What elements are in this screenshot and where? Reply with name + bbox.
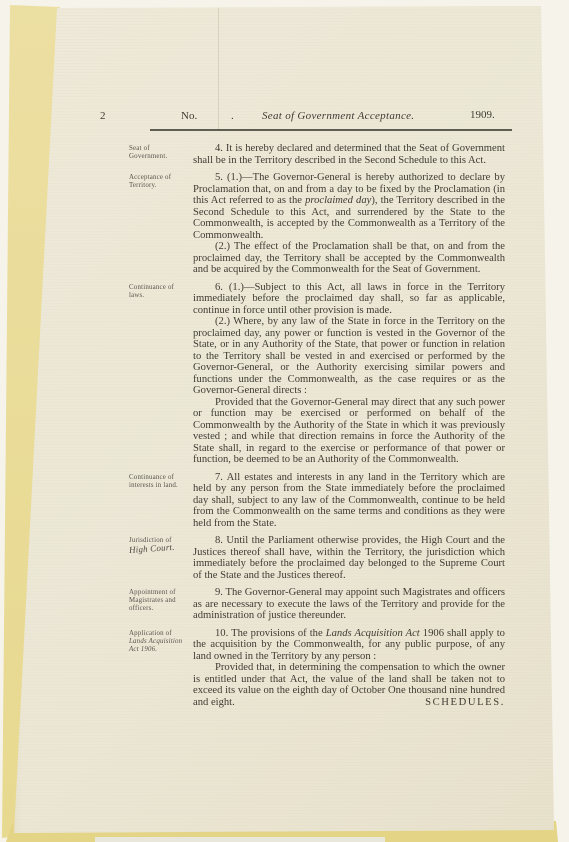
paragraph: 8. Until the Parliament otherwise provid… bbox=[193, 535, 505, 581]
text-run: 9. The Governor-General may appoint such… bbox=[193, 587, 505, 621]
paragraph: 9. The Governor-General may appoint such… bbox=[193, 587, 505, 622]
text-run: Appointment of Magistrates and officers. bbox=[129, 589, 176, 612]
margin-note: Seat of Government. bbox=[129, 145, 186, 161]
section-9: Appointment of Magistrates and officers.… bbox=[193, 587, 505, 622]
text-run: 10. The provisions of the bbox=[215, 628, 326, 639]
paragraph: (2.) The effect of the Proclamation shal… bbox=[193, 241, 505, 276]
text-column: Seat of Government.4. It is hereby decla… bbox=[193, 143, 505, 708]
text-run: 7. All estates and interests in any land… bbox=[193, 472, 505, 529]
text-run: 6. (1.)—Subject to this Act, all laws in… bbox=[193, 282, 505, 316]
paragraph: (2.) Where, by any law of the State in f… bbox=[193, 316, 505, 397]
section-10: Application of Lands Acquisition Act 190… bbox=[193, 628, 505, 709]
section-5: Acceptance of Territory.5. (1.)—The Gove… bbox=[193, 172, 505, 276]
text-run: Lands Acquisition Act 1906. bbox=[129, 638, 182, 653]
text-run: Continuance of interests in land. bbox=[129, 474, 178, 489]
section-4: Seat of Government.4. It is hereby decla… bbox=[193, 143, 505, 166]
scanner-bed-strip bbox=[95, 837, 385, 842]
text-run: Seat of Government. bbox=[129, 145, 167, 160]
margin-note: Continuance of interests in land. bbox=[129, 474, 186, 490]
paragraph: 7. All estates and interests in any land… bbox=[193, 472, 505, 530]
text-run: proclaimed day bbox=[305, 195, 371, 206]
margin-note: Appointment of Magistrates and officers. bbox=[129, 589, 186, 613]
text-run: Application of bbox=[129, 630, 172, 637]
margin-note: Acceptance of Territory. bbox=[129, 174, 186, 190]
schedules-label: SCHEDULES. bbox=[425, 697, 505, 709]
paragraph: Provided that, in determining the compen… bbox=[193, 662, 505, 708]
act-number-label: No. bbox=[181, 110, 197, 122]
running-title: Seat of Government Acceptance. bbox=[262, 110, 414, 122]
text-run: Continuance of laws. bbox=[129, 284, 174, 299]
text-run: (2.) The effect of the Proclamation shal… bbox=[193, 241, 505, 275]
paragraph: 5. (1.)—The Governor-General is hereby a… bbox=[193, 172, 505, 241]
running-year: 1909. bbox=[470, 109, 495, 121]
text-run: Provided that the Governor-General may d… bbox=[193, 397, 505, 466]
page-number: 2 bbox=[100, 110, 106, 122]
section-6: Continuance of laws.6. (1.)—Subject to t… bbox=[193, 282, 505, 466]
section-7: Continuance of interests in land.7. All … bbox=[193, 472, 505, 530]
margin-note: Application of Lands Acquisition Act 190… bbox=[129, 630, 186, 654]
section-8: Jurisdiction ofHigh Court.8. Until the P… bbox=[193, 535, 505, 581]
margin-note: Continuance of laws. bbox=[129, 284, 186, 300]
margin-note: Jurisdiction ofHigh Court. bbox=[129, 537, 186, 555]
crease-line bbox=[218, 8, 219, 130]
text-run: (2.) Where, by any law of the State in f… bbox=[193, 316, 505, 396]
paragraph: Provided that the Governor-General may d… bbox=[193, 397, 505, 466]
text-run: 8. Until the Parliament otherwise provid… bbox=[193, 535, 505, 581]
paragraph: 10. The provisions of the Lands Acquisit… bbox=[193, 628, 505, 663]
paragraph: 4. It is hereby declared and determined … bbox=[193, 143, 505, 166]
paragraph: 6. (1.)—Subject to this Act, all laws in… bbox=[193, 282, 505, 317]
text-run: 4. It is hereby declared and determined … bbox=[193, 143, 505, 166]
header-rule bbox=[150, 129, 512, 131]
text-run: Acceptance of Territory. bbox=[129, 174, 171, 189]
text-run: Lands Acquisition Act bbox=[326, 628, 420, 639]
act-number-blank: . bbox=[231, 110, 234, 122]
